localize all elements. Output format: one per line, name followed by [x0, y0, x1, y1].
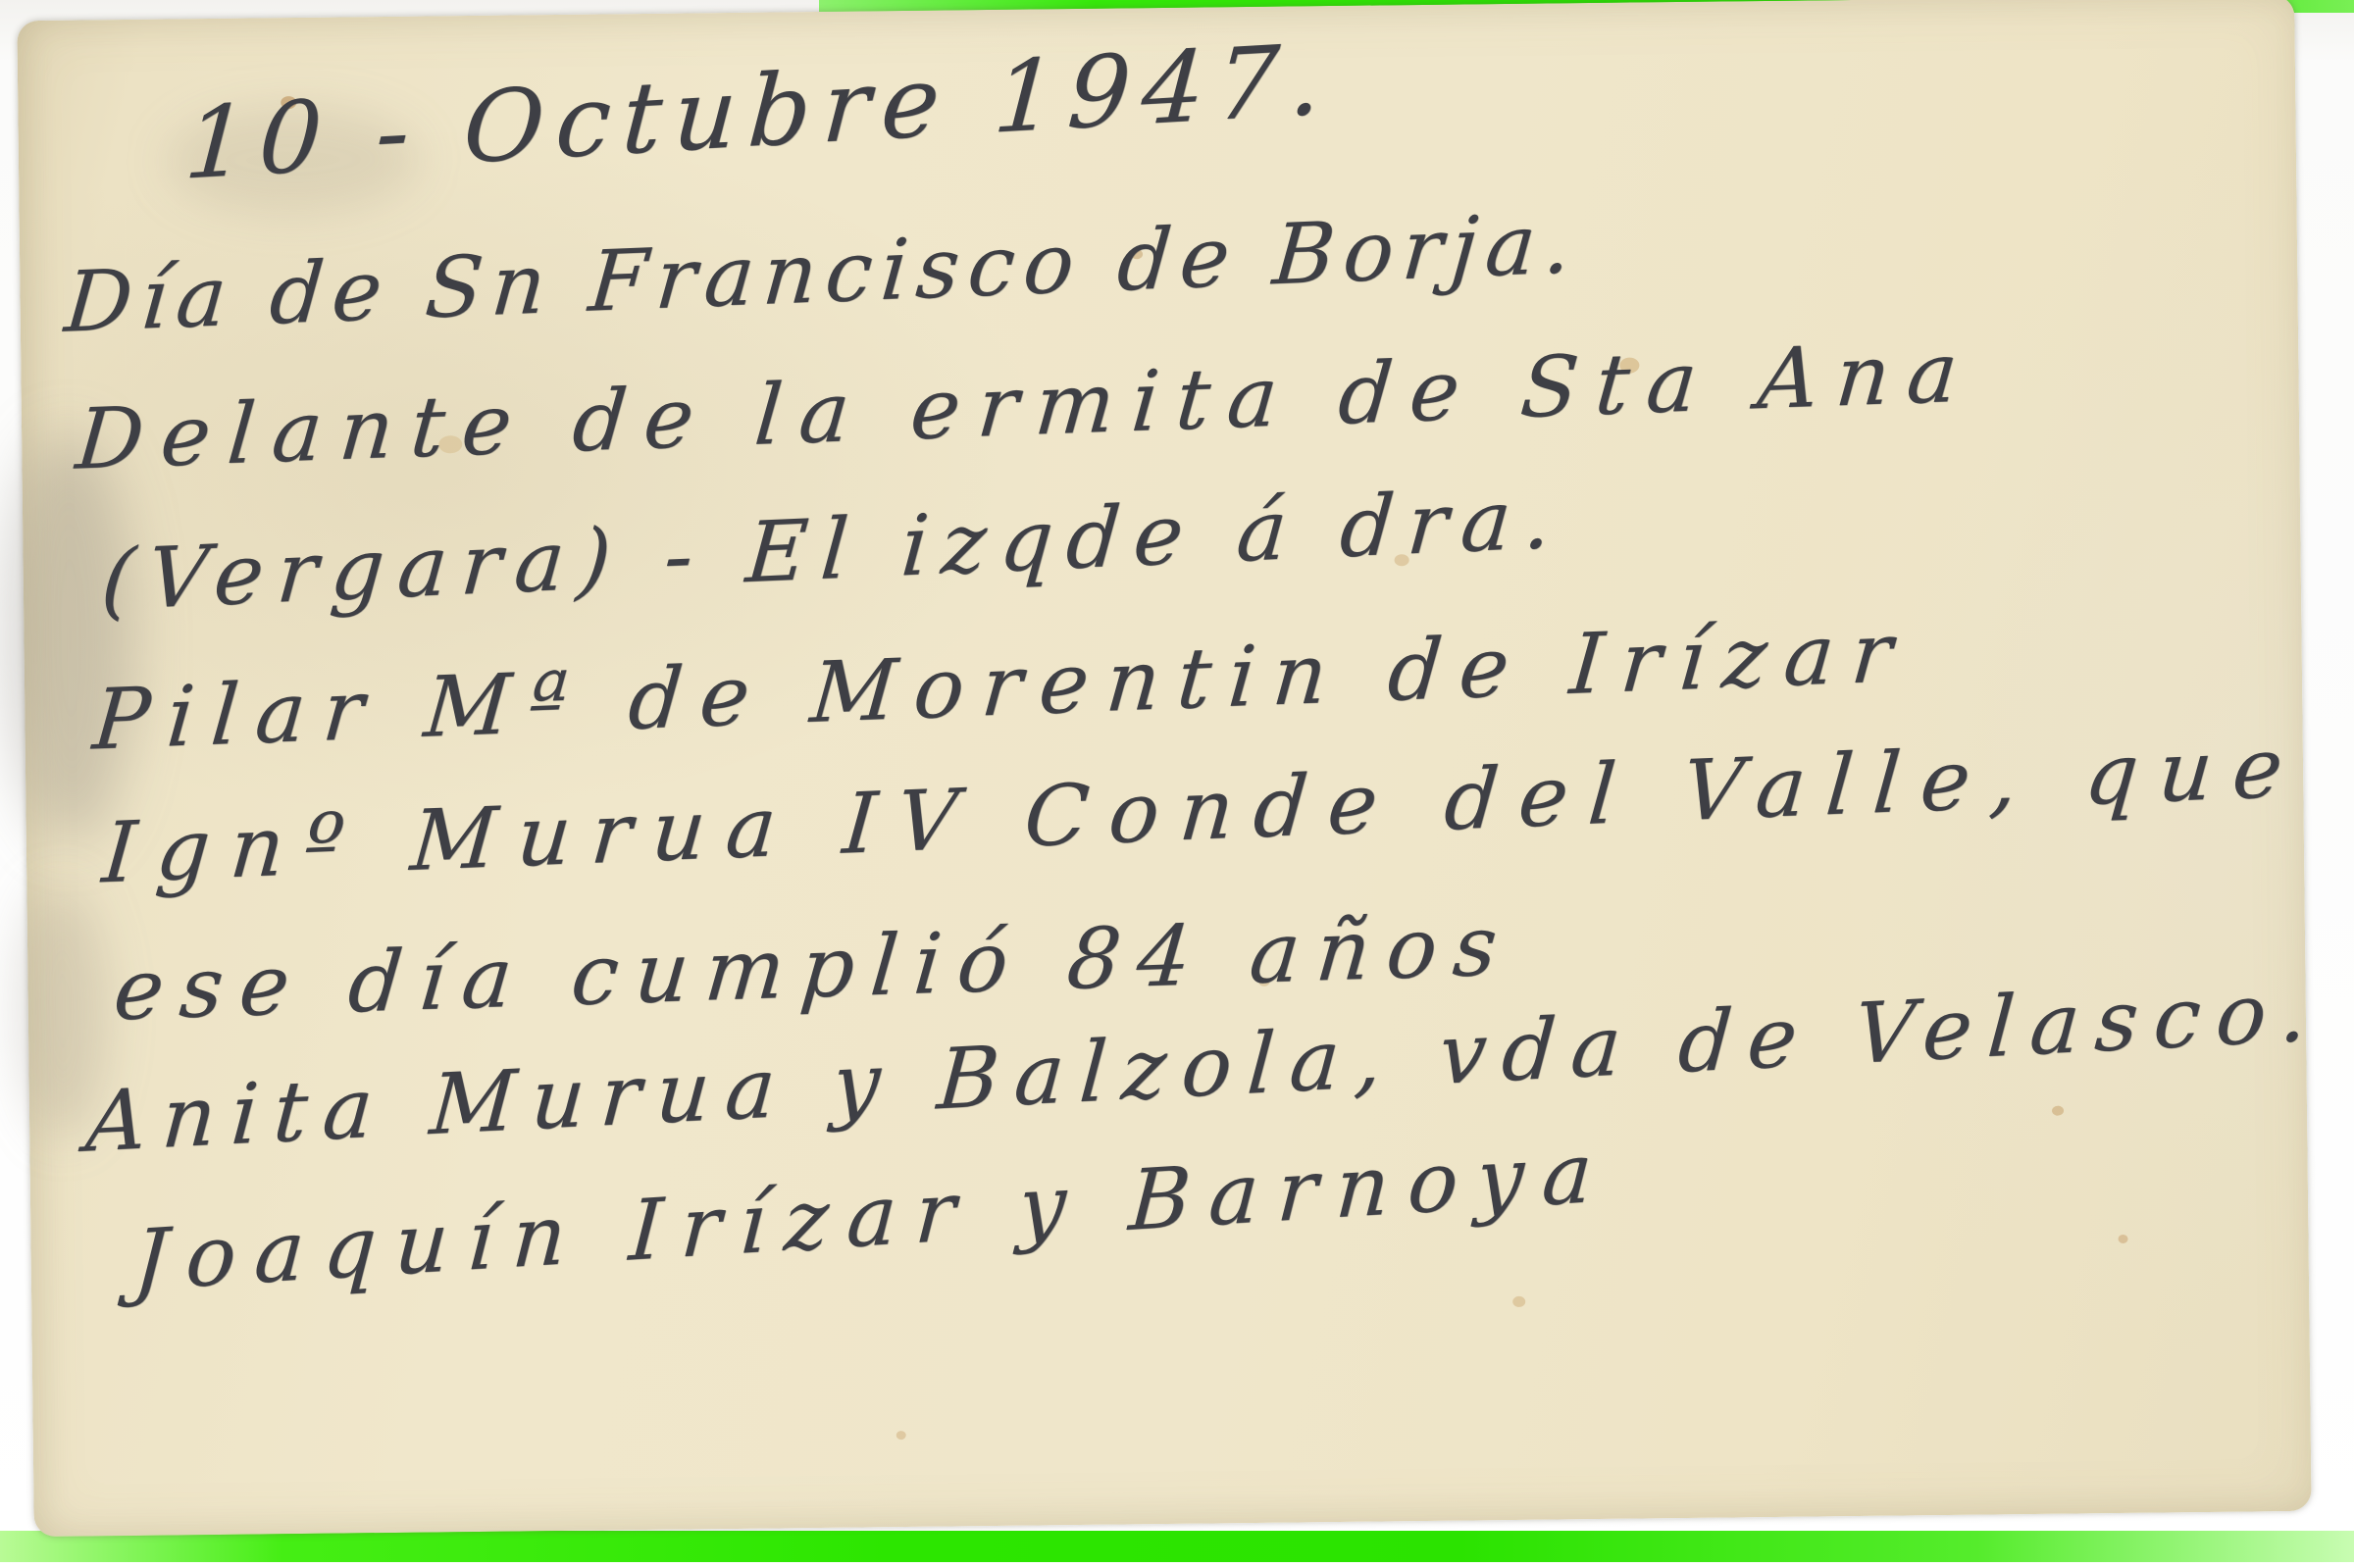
handwritten-line: (Vergara) - El izqde á dra.	[98, 477, 1567, 623]
scan-artifact-green-bottom	[0, 1531, 2354, 1562]
handwritten-line: Delante de la ermita de Sta Ana	[73, 330, 1978, 482]
handwritten-note-card: 10 - Octubre 1947. Día de Sn Francisco d…	[17, 0, 2311, 1537]
fox-spot	[896, 1431, 906, 1440]
scan-edge-white-bottom	[0, 1562, 2354, 1568]
fox-spot	[2052, 1106, 2064, 1116]
fox-spot	[1512, 1296, 1525, 1307]
handwritten-line: Pilar Mª de Morentin de Irízar	[90, 611, 1913, 763]
handwritten-line-date: 10 - Octubre 1947.	[181, 30, 1336, 194]
fox-spot	[2118, 1235, 2127, 1243]
handwritten-line: Día de Sn Francisco de Borja.	[62, 202, 1583, 345]
